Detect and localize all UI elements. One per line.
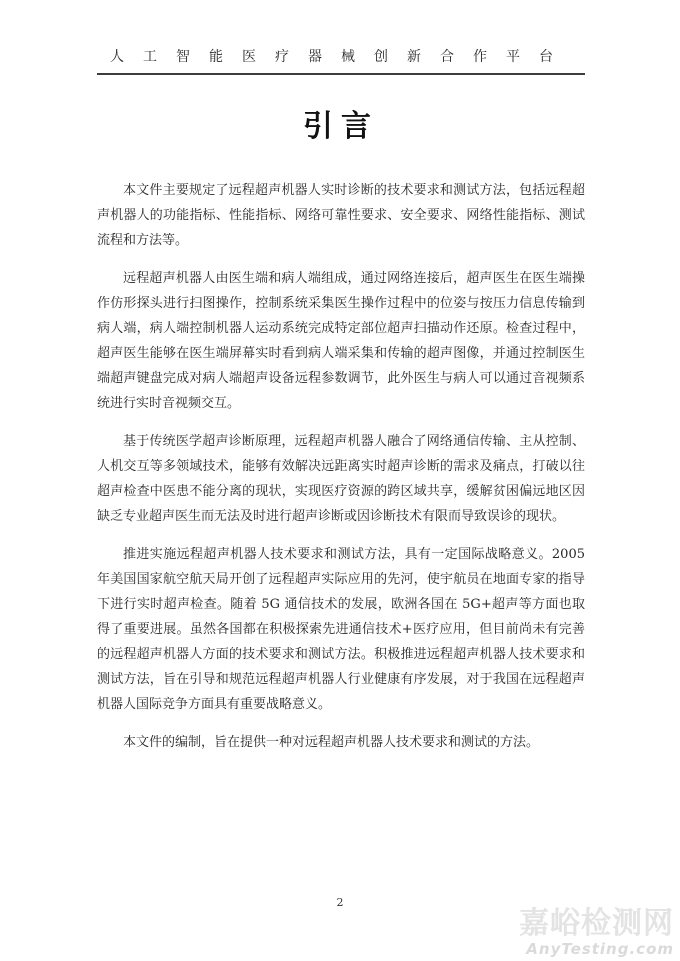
- page-number: 2: [0, 896, 680, 909]
- paragraph: 基于传统医学超声诊断原理，远程超声机器人融合了网络通信传输、主从控制、人机交互等…: [97, 429, 585, 529]
- watermark: 嘉峪检测网 AnyTesting.com: [519, 909, 674, 957]
- watermark-site-url: AnyTesting.com: [519, 942, 674, 957]
- document-page: 人工智能医疗器械创新合作平台 引言 本文件主要规定了远程超声机器人实时诊断的技术…: [0, 0, 680, 961]
- body-text: 本文件主要规定了远程超声机器人实时诊断的技术要求和测试方法，包括远程超声机器人的…: [97, 178, 585, 755]
- header-divider: [97, 73, 585, 75]
- watermark-site-name: 嘉峪检测网: [519, 909, 674, 939]
- paragraph: 远程超声机器人由医生端和病人端组成，通过网络连接后，超声医生在医生端操作仿形探头…: [97, 266, 585, 416]
- section-title: 引言: [97, 101, 585, 145]
- paragraph: 本文件主要规定了远程超声机器人实时诊断的技术要求和测试方法，包括远程超声机器人的…: [97, 178, 585, 253]
- page-header-title: 人工智能医疗器械创新合作平台: [97, 46, 585, 73]
- paragraph: 推进实施远程超声机器人技术要求和测试方法，具有一定国际战略意义。2005 年美国…: [97, 542, 585, 717]
- paragraph: 本文件的编制，旨在提供一种对远程超声机器人技术要求和测试的方法。: [97, 730, 585, 755]
- page-header: 人工智能医疗器械创新合作平台: [97, 46, 585, 75]
